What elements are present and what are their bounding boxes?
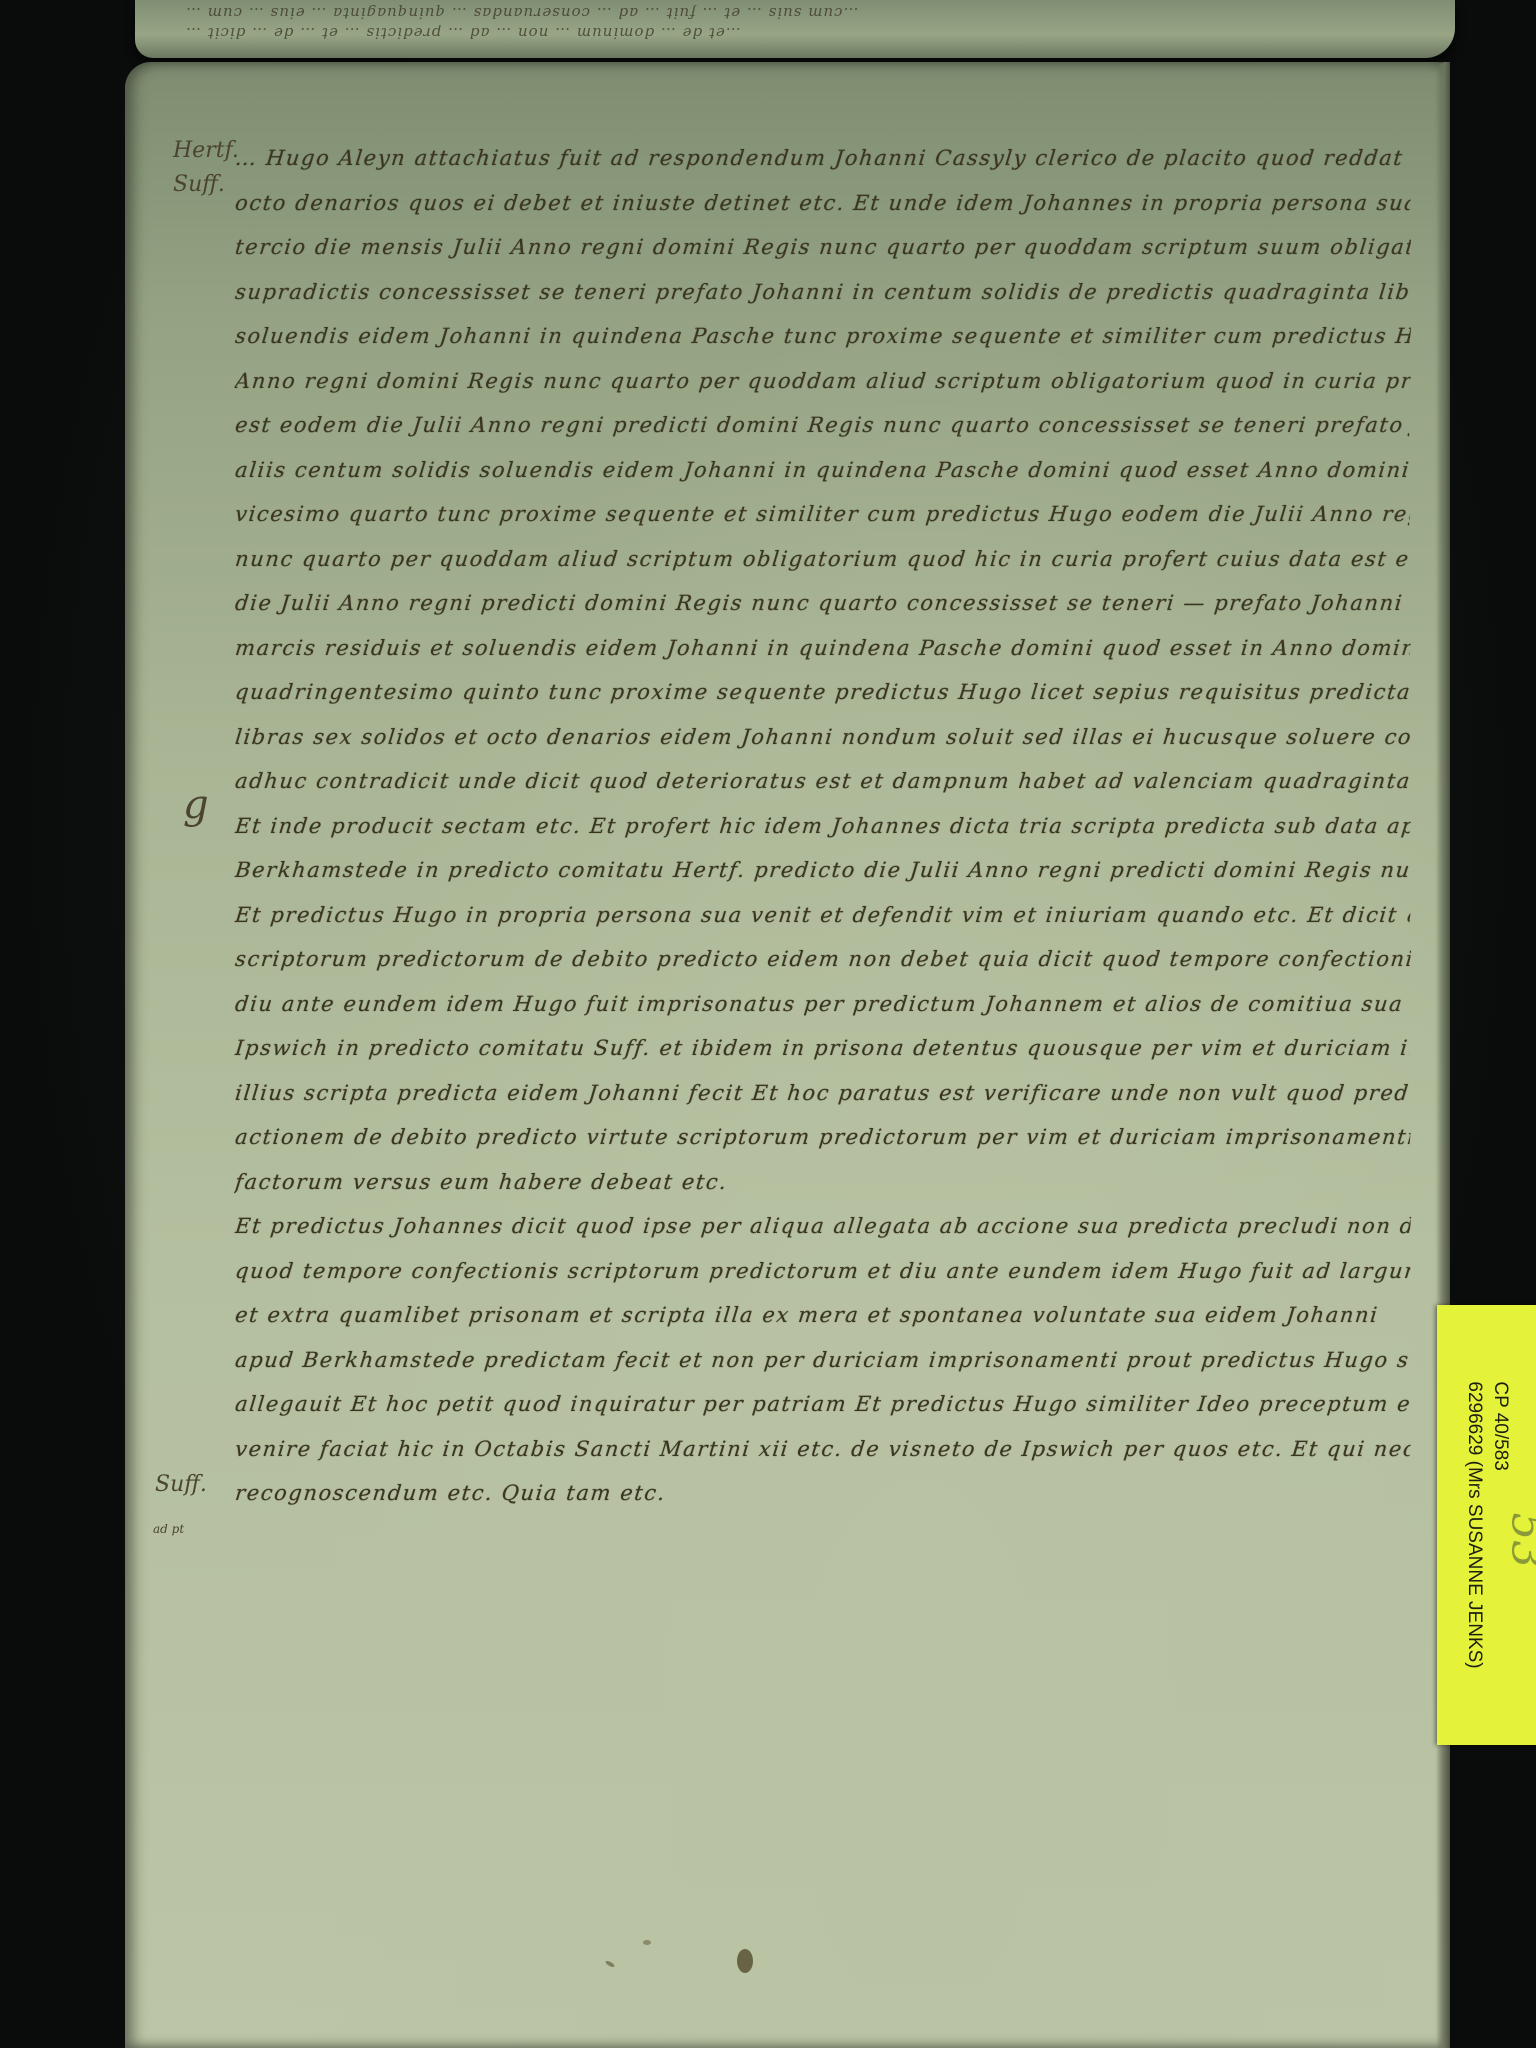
manuscript-line: actionem de debito predicto virtute scri… xyxy=(233,1117,1413,1162)
upper-folded-page: …cum suis … et … fuit … ad … conseruanda… xyxy=(135,0,1455,58)
parchment-stain xyxy=(605,1960,616,1968)
manuscript-line: Et predictus Hugo in propria persona sua… xyxy=(233,895,1413,940)
manuscript-text: … Hugo Aleyn attachiatus fuit ad respond… xyxy=(235,138,1410,1518)
manuscript-line: apud Berkhamstede predictam fecit et non… xyxy=(233,1340,1413,1385)
manuscript-line: libras sex solidos et octo denarios eide… xyxy=(233,717,1413,762)
manuscript-line: quod tempore confectionis scriptorum pre… xyxy=(233,1251,1413,1296)
manuscript-line: Ipswich in predicto comitatu Suff. et ib… xyxy=(233,1028,1413,1073)
manuscript-line: … Hugo Aleyn attachiatus fuit ad respond… xyxy=(233,138,1413,183)
manuscript-line: octo denarios quos ei debet et iniuste d… xyxy=(233,183,1413,228)
margin-note-county: Suff. xyxy=(155,1472,207,1497)
upper-page-line: …cum suis … et … fuit … ad … conseruanda… xyxy=(185,4,859,22)
manuscript-line: venire faciat hic in Octabis Sancti Mart… xyxy=(233,1429,1413,1474)
parchment-hole xyxy=(737,1949,753,1973)
margin-note-county: Suff. xyxy=(173,172,225,197)
manuscript-line: soluendis eidem Johanni in quindena Pasc… xyxy=(233,316,1413,361)
margin-note-mark: g xyxy=(183,782,209,828)
manuscript-line: adhuc contradicit unde dicit quod deteri… xyxy=(233,761,1413,806)
archive-reference-label: CP 40/583 6296629 (Mrs SUSANNE JENKS) 53 xyxy=(1437,1305,1536,1745)
label-handwritten-mark: 53 xyxy=(1502,1513,1536,1569)
manuscript-line: Et inde producit sectam etc. Et profert … xyxy=(233,806,1413,851)
manuscript-line: recognoscendum etc. Quia tam etc. xyxy=(233,1473,1413,1518)
parchment-stain xyxy=(643,1940,651,1945)
manuscript-line: marcis residuis et soluendis eidem Johan… xyxy=(233,628,1413,673)
manuscript-line: diu ante eundem idem Hugo fuit imprisona… xyxy=(233,984,1413,1029)
manuscript-line: vicesimo quarto tunc proxime sequente et… xyxy=(233,494,1413,539)
manuscript-line: allegauit Et hoc petit quod inquiratur p… xyxy=(233,1384,1413,1429)
manuscript-line: est eodem die Julii Anno regni predicti … xyxy=(233,405,1413,450)
margin-note-small: ad pt xyxy=(153,1522,184,1536)
manuscript-line: scriptorum predictorum de debito predict… xyxy=(233,939,1413,984)
manuscript-line: factorum versus eum habere debeat etc. xyxy=(233,1162,1413,1207)
manuscript-line: quadringentesimo quinto tunc proxime seq… xyxy=(233,672,1413,717)
manuscript-line: illius scripta predicta eidem Johanni fe… xyxy=(233,1073,1413,1118)
manuscript-line: supradictis concessisset se teneri prefa… xyxy=(233,272,1413,317)
manuscript-line: nunc quarto per quoddam aliud scriptum o… xyxy=(233,539,1413,584)
manuscript-line: Et predictus Johannes dicit quod ipse pe… xyxy=(233,1206,1413,1251)
label-order-reference: 6296629 (Mrs SUSANNE JENKS) xyxy=(1461,1381,1487,1668)
upper-page-line: …et de … dominum … non … ad … predictis … xyxy=(185,24,741,42)
manuscript-line: et extra quamlibet prisonam et scripta i… xyxy=(233,1295,1413,1340)
manuscript-line: Berkhamstede in predicto comitatu Hertf.… xyxy=(233,850,1413,895)
manuscript-page: Hertf. Suff. g Suff. ad pt … Hugo Aleyn … xyxy=(125,62,1450,2048)
manuscript-line: Anno regni domini Regis nunc quarto per … xyxy=(233,361,1413,406)
margin-note-county: Hertf. xyxy=(173,138,239,163)
page-edge xyxy=(1436,62,1450,2048)
manuscript-line: die Julii Anno regni predicti domini Reg… xyxy=(233,583,1413,628)
manuscript-line: aliis centum solidis soluendis eidem Joh… xyxy=(233,450,1413,495)
manuscript-line: tercio die mensis Julii Anno regni domin… xyxy=(233,227,1413,272)
